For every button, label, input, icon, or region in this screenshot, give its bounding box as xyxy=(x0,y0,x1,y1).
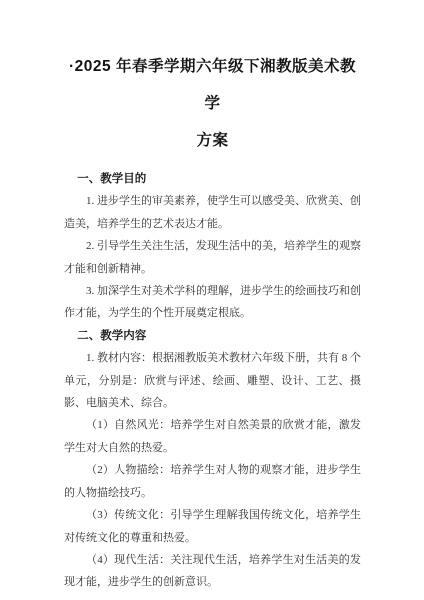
paragraph: 2. 引导学生关注生活，发现生活中的美，培养学生的观察才能和创新精神。 xyxy=(64,235,361,280)
document-title-line2: 方案 xyxy=(64,122,361,159)
paragraph: 3. 加深学生对美术学科的理解，进步学生的绘画技巧和创作才能，为学生的个性开展奠… xyxy=(64,280,361,325)
paragraph: （2）人物描绘：培养学生对人物的观察才能，进步学生的人物描绘技巧。 xyxy=(64,459,361,504)
section-heading-teaching-content: 二、教学内容 xyxy=(64,325,361,347)
document-title: ·2025 年春季学期六年级下湘教版美术教学 方案 xyxy=(64,48,361,159)
document-body: 一、教学目的 1. 进步学生的审美素养，使学生可以感受美、欣赏美、创造美，培养学… xyxy=(64,168,361,594)
paragraph: （1）自然风光：培养学生对自然美景的欣赏才能，激发学生对大自然的热爱。 xyxy=(64,414,361,459)
paragraph: 1. 进步学生的审美素养，使学生可以感受美、欣赏美、创造美，培养学生的艺术表达才… xyxy=(64,190,361,235)
paragraph: （4）现代生活：关注现代生活，培养学生对生活美的发现才能，进步学生的创新意识。 xyxy=(64,549,361,594)
paragraph: 1. 教材内容：根据湘教版美术教材六年级下册，共有 8 个单元，分别是：欣赏与评… xyxy=(64,347,361,414)
section-heading-teaching-goals: 一、教学目的 xyxy=(64,168,361,190)
document-title-line1: ·2025 年春季学期六年级下湘教版美术教学 xyxy=(64,48,361,122)
document-page: ·2025 年春季学期六年级下湘教版美术教学 方案 一、教学目的 1. 进步学生… xyxy=(0,0,424,600)
document-content: ·2025 年春季学期六年级下湘教版美术教学 方案 一、教学目的 1. 进步学生… xyxy=(64,48,361,594)
paragraph: （3）传统文化：引导学生理解我国传统文化，培养学生对传统文化的尊重和热爱。 xyxy=(64,504,361,549)
